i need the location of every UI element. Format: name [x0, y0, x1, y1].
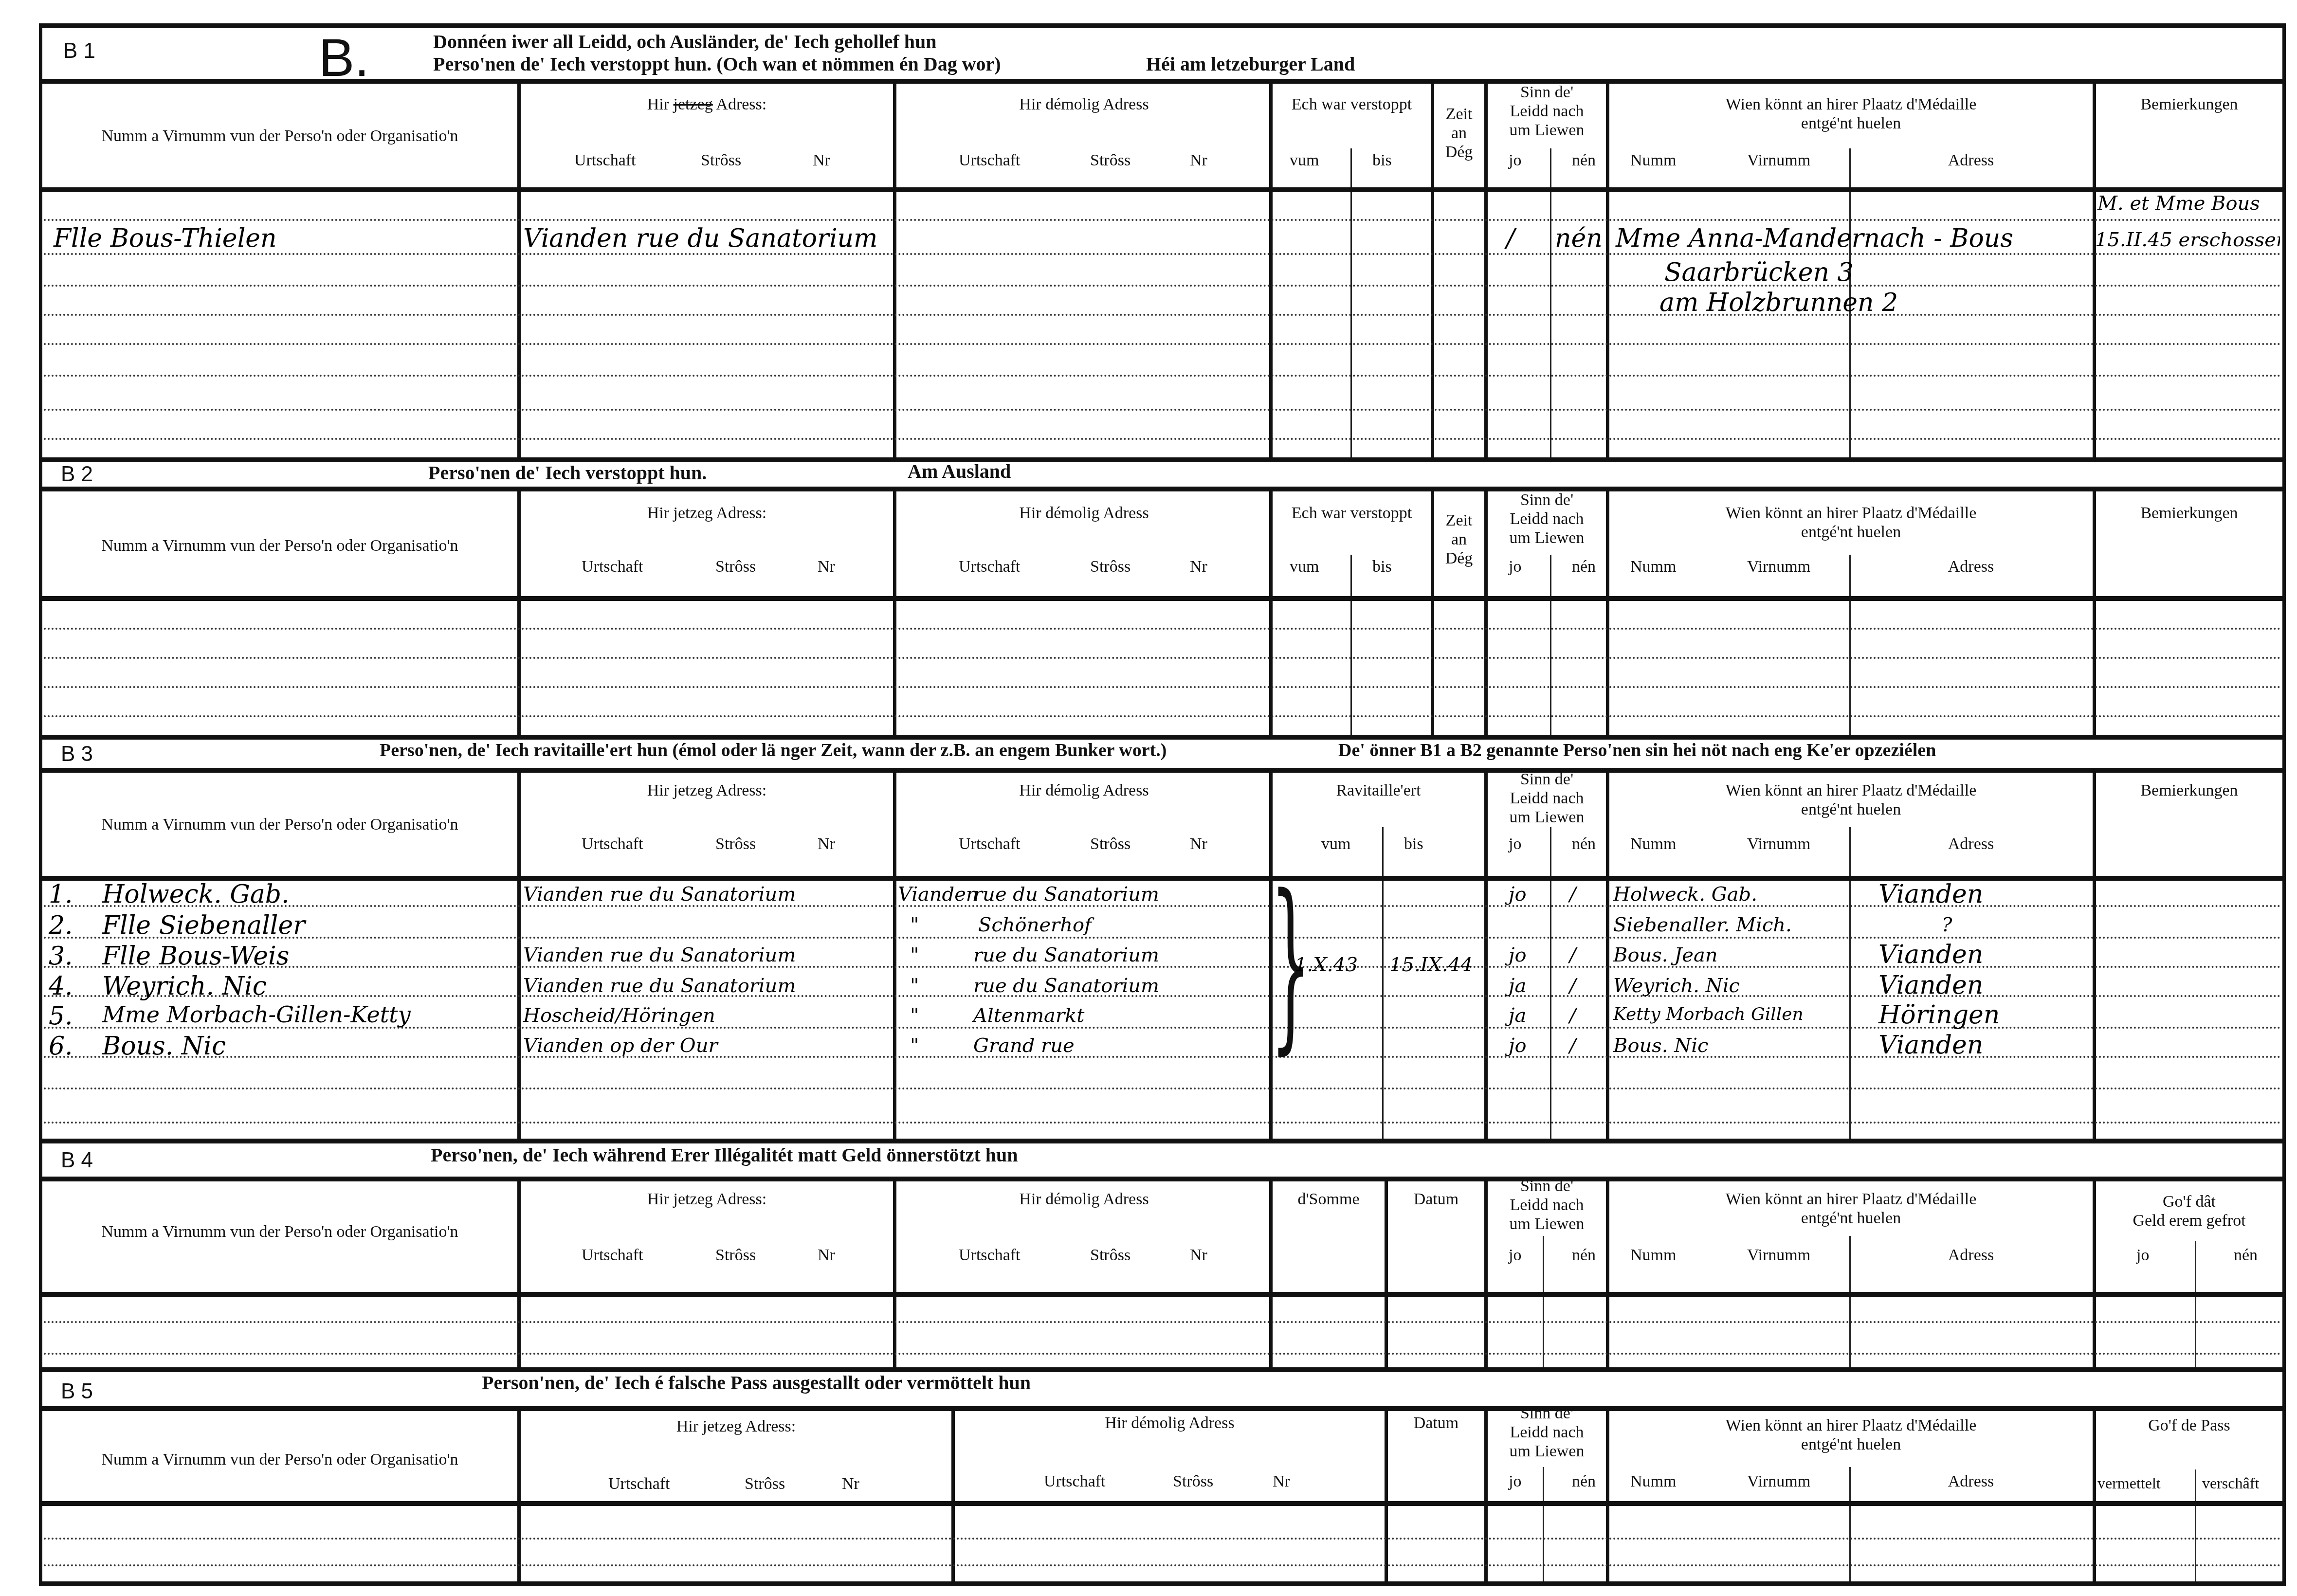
header-jo: jo [1509, 1472, 1521, 1491]
header-jo: jo [1509, 151, 1521, 170]
zeit-line: Dég [1435, 143, 1483, 162]
col-subdivider [1550, 148, 1551, 457]
section-title-suffix: Am Ausland [908, 460, 1011, 483]
row-number: 5. [49, 1001, 73, 1031]
col-divider [1484, 1180, 1488, 1367]
alive-line: um Liewen [1488, 1215, 1606, 1233]
alive-line: um Liewen [1488, 121, 1606, 140]
alive-line: Sinn de' [1488, 1177, 1606, 1196]
header-nr: Nr [1190, 1246, 1207, 1265]
header-alive: Sinn de' Leidd nach um Liewen [1488, 770, 1606, 827]
section-title: Perso'nen, de' Iech ravitaille'ert hun (… [380, 740, 1167, 761]
ruled-line [44, 409, 2282, 411]
row-nen[interactable]: / [1569, 944, 1576, 966]
header-current-address: Hir jetzeg Adress: [521, 95, 893, 114]
row-medal-name[interactable]: Ketty Morbach Gillen [1613, 1004, 1804, 1024]
form-title-line2: Perso'nen de' Iech verstoppt hun. (Och w… [433, 53, 1001, 75]
ruled-line [44, 253, 2282, 255]
header-former-address: Hir démolig Adress [898, 95, 1270, 114]
row-nen[interactable]: / [1569, 883, 1576, 906]
section-code: B 1 [63, 39, 95, 63]
b1-row-current-address[interactable]: Vianden rue du Sanatorium [523, 224, 877, 253]
ruled-line [44, 715, 2282, 717]
row-nen[interactable]: / [1569, 975, 1576, 997]
header-nr: Nr [818, 834, 835, 853]
header-stross: Strôss [1090, 834, 1130, 853]
col-divider [2093, 1180, 2096, 1367]
row-medal-address[interactable]: Vianden [1878, 971, 1983, 1000]
col-divider [517, 1180, 521, 1367]
b1-row-alive-nen[interactable]: nén [1555, 224, 1603, 253]
alive-line: Sinn de' [1488, 770, 1606, 789]
col-divider [893, 772, 896, 1139]
col-subdivider [1382, 827, 1384, 1139]
col-divider [2093, 82, 2096, 457]
col-divider [1484, 82, 1488, 457]
col-divider [1385, 1410, 1388, 1581]
header-vum: vum [1290, 557, 1319, 576]
row-former-stross[interactable]: rue du Sanatorium [973, 944, 1159, 966]
divider [39, 1177, 2286, 1181]
col-subdivider [1350, 555, 1352, 735]
col-divider [1484, 772, 1488, 1139]
header-stross: Strôss [1173, 1472, 1213, 1491]
col-divider [1606, 1410, 1609, 1581]
zeit-line: an [1435, 530, 1483, 549]
header-urtschaft: Urtschaft [582, 1246, 643, 1265]
ruled-line [44, 285, 2282, 287]
header-urtschaft: Urtschaft [959, 557, 1021, 576]
row-former-urtschaft[interactable]: " [910, 944, 919, 966]
row-medal-name[interactable]: Siebenaller. Mich. [1613, 914, 1792, 936]
header-alive: Sinn de' Leidd nach um Liewen [1488, 83, 1606, 140]
row-medal-address[interactable]: Vianden [1878, 1031, 1983, 1060]
header-jo: jo [1509, 834, 1521, 853]
form-title-suffix: Héi am letzeburger Land [1146, 53, 1355, 75]
header-alive: Sinn de' Leidd nach um Liewen [1488, 490, 1606, 547]
ruled-line [44, 375, 2282, 377]
header-nen: nén [1572, 1246, 1596, 1265]
header-former-address: Hir démolig Adress [898, 504, 1270, 523]
row-former-stross[interactable]: rue du Sanatorium [973, 975, 1159, 997]
header-hidden: Ech war verstoppt [1273, 95, 1431, 114]
divider [39, 487, 2286, 491]
col-divider [517, 1410, 521, 1581]
header-former-address: Hir démolig Adress [898, 781, 1270, 800]
header-bis: bis [1372, 151, 1392, 170]
header-remarks: Bemierkungen [2096, 781, 2282, 800]
col-divider [1269, 490, 1273, 735]
header-urtschaft: Urtschaft [582, 557, 643, 576]
header-alive: Sinn de' Leidd nach um Liewen [1488, 1177, 1606, 1233]
row-name[interactable]: Bous. Nic [102, 1032, 226, 1061]
header-virnumm: Virnumm [1747, 1472, 1810, 1491]
medal-line: Wien könnt an hirer Plaatz d'Médaille [1609, 781, 2093, 800]
header-nr: Nr [842, 1474, 859, 1493]
row-jo[interactable]: ja [1509, 975, 1526, 997]
header-supplied: Ravitaille'ert [1273, 781, 1484, 800]
ruled-line [44, 628, 2282, 630]
header-stross: Strôss [1090, 151, 1130, 170]
col-divider [517, 490, 521, 735]
header-nen: nén [2234, 1246, 2258, 1265]
header-numm: Numm [1630, 557, 1676, 576]
row-current-address[interactable]: Vianden rue du Sanatorium [523, 883, 796, 906]
ruled-line [44, 1353, 2282, 1355]
header-urtschaft: Urtschaft [1044, 1472, 1106, 1491]
row-name[interactable]: Holweck. Gab. [102, 880, 290, 909]
col-divider [1606, 490, 1609, 735]
row-former-urtschaft[interactable]: " [910, 1034, 919, 1057]
col-divider [1431, 82, 1434, 457]
header-numm: Numm [1630, 1246, 1676, 1265]
col-subdivider [1350, 148, 1352, 457]
zeit-line: Zeit [1435, 511, 1483, 530]
row-medal-name[interactable]: Bous. Nic [1613, 1034, 1708, 1057]
row-number: 2. [49, 911, 73, 940]
header-nr: Nr [1190, 557, 1207, 576]
header-jo: jo [1509, 557, 1521, 576]
header-stross: Strôss [715, 1246, 756, 1265]
col-divider [893, 82, 896, 457]
header-stross: Strôss [1090, 1246, 1130, 1265]
section-code: B 2 [61, 462, 93, 487]
header-jo: jo [1509, 1246, 1521, 1265]
row-current-address[interactable]: Vianden rue du Sanatorium [523, 975, 796, 997]
ruled-line [44, 1564, 2282, 1566]
header-bis: bis [1372, 557, 1392, 576]
header-virnumm: Virnumm [1747, 834, 1810, 853]
header-stross: Strôss [1090, 557, 1130, 576]
col-divider [2093, 490, 2096, 735]
divider [39, 79, 2286, 84]
col-divider [1484, 1410, 1488, 1581]
row-medal-name[interactable]: Holweck. Gab. [1613, 883, 1757, 906]
header-former-address: Hir démolig Adress [955, 1414, 1385, 1433]
header-nr: Nr [818, 1246, 835, 1265]
col-divider [1385, 1180, 1388, 1367]
header-medal: Wien könnt an hirer Plaatz d'Médaille en… [1609, 1416, 2093, 1454]
ruled-line [44, 343, 2282, 345]
row-number: 4. [49, 972, 73, 1001]
header-nen: nén [1572, 151, 1596, 170]
form-title-line1: Donnéen iwer all Leidd, och Ausländer, d… [433, 30, 937, 53]
alive-line: Leidd nach [1488, 789, 1606, 808]
row-medal-address[interactable]: Höringen [1878, 1000, 2000, 1030]
row-medal-address[interactable]: ? [1942, 914, 1952, 936]
ruled-line [44, 438, 2282, 440]
header-medal: Wien könnt an hirer Plaatz d'Médaille en… [1609, 504, 2093, 542]
header-stross: Strôss [745, 1474, 785, 1493]
medal-line: Wien könnt an hirer Plaatz d'Médaille [1609, 1416, 2093, 1435]
col-divider [1431, 490, 1434, 735]
header-hidden: Ech war verstoppt [1273, 504, 1431, 523]
alive-line: Leidd nach [1488, 509, 1606, 528]
section-title: Person'nen, de' Iech é falsche Pass ausg… [482, 1371, 1031, 1394]
b1-row-remarks[interactable]: M. et Mme Bous [2097, 192, 2260, 215]
header-nr: Nr [1190, 151, 1207, 170]
medal-line: Wien könnt an hirer Plaatz d'Médaille [1609, 95, 2093, 114]
divider [39, 1292, 2286, 1297]
ruled-line [44, 314, 2282, 316]
header-name: Numm a Virnumm vun der Perso'n oder Orga… [44, 1450, 516, 1469]
row-number: 6. [49, 1032, 73, 1061]
alive-line: Sinn de' [1488, 1404, 1606, 1423]
b1-row-medal-name[interactable]: Mme Anna-Mandernach - Bous [1616, 224, 2013, 253]
row-current-address[interactable]: Hoscheid/Höringen [523, 1004, 715, 1027]
section-title: Perso'nen de' Iech verstoppt hun. [428, 461, 707, 484]
col-subdivider [1550, 827, 1551, 1139]
row-former-urtschaft[interactable]: Vianden [898, 883, 979, 906]
ruled-line [44, 657, 2282, 659]
medal-line: entgé'nt huelen [1609, 1435, 2093, 1454]
alive-line: Leidd nach [1488, 1423, 1606, 1442]
col-subdivider [2195, 1241, 2196, 1367]
row-current-address[interactable]: Vianden rue du Sanatorium [523, 944, 796, 966]
header-mediated: vermettelt [2097, 1474, 2161, 1492]
col-subdivider [1550, 555, 1551, 735]
divider [39, 735, 2286, 740]
section-title-suffix: De' önner B1 a B2 genannte Perso'nen sin… [1338, 740, 1936, 761]
header-nr: Nr [818, 557, 835, 576]
alive-line: um Liewen [1488, 1442, 1606, 1461]
header-current-address: Hir jetzeg Adress: [521, 781, 893, 800]
frame-top-border [39, 23, 2286, 28]
col-subdivider [1849, 827, 1851, 1139]
ruled-line [44, 686, 2282, 688]
row-name[interactable]: Flle Siebenaller [102, 911, 305, 940]
alive-line: Leidd nach [1488, 1196, 1606, 1215]
header-alive: Sinn de' Leidd nach um Liewen [1488, 1404, 1606, 1461]
header-stross: Strôss [715, 557, 756, 576]
divider [39, 1501, 2286, 1506]
zeit-line: Zeit [1435, 105, 1483, 124]
ruled-line [44, 1321, 2282, 1323]
row-nen[interactable]: / [1569, 1034, 1576, 1057]
header-vum: vum [1290, 151, 1319, 170]
header-current-address: Hir jetzeg Adress: [521, 1190, 893, 1209]
money-line: Geld erem gefrot [2096, 1211, 2282, 1230]
row-current-address[interactable]: Vianden op der Our [523, 1034, 718, 1057]
header-urtschaft: Urtschaft [959, 151, 1021, 170]
header-nen: nén [1572, 1472, 1596, 1491]
row-medal-name[interactable]: Weyrich. Nic [1613, 975, 1740, 997]
divider [39, 596, 2286, 601]
col-divider [1269, 82, 1273, 457]
header-nr: Nr [1190, 834, 1207, 853]
col-divider [517, 82, 521, 457]
row-number: 3. [49, 942, 73, 971]
row-former-stross[interactable]: rue du Sanatorium [973, 883, 1159, 906]
alive-line: um Liewen [1488, 808, 1606, 827]
header-adress: Adress [1849, 1246, 2093, 1265]
header-medal: Wien könnt an hirer Plaatz d'Médaille en… [1609, 95, 2093, 133]
row-jo[interactable]: jo [1509, 1034, 1526, 1057]
header-urtschaft: Urtschaft [574, 151, 636, 170]
zeit-line: Dég [1435, 549, 1483, 568]
header-sum: d'Somme [1273, 1190, 1385, 1209]
col-divider [893, 1180, 896, 1367]
header-remarks: Bemierkungen [2096, 504, 2282, 523]
header-zeit: Zeit an Dég [1435, 105, 1483, 162]
col-subdivider [1849, 555, 1851, 735]
ruled-line [44, 1088, 2282, 1089]
header-adress: Adress [1849, 151, 2093, 170]
row-former-urtschaft[interactable]: " [910, 1004, 919, 1027]
header-name: Numm a Virnumm vun der Perso'n oder Orga… [44, 536, 516, 555]
header-provided: verschâft [2202, 1474, 2259, 1492]
header-zeit: Zeit an Dég [1435, 511, 1483, 568]
section-code: B 5 [61, 1379, 93, 1404]
struck-word: jetzeg [674, 95, 713, 113]
b1-row-medal-address[interactable]: Saarbrücken 3 [1664, 258, 1854, 287]
header-name: Numm a Virnumm vun der Perso'n oder Orga… [44, 127, 516, 145]
header-jo: jo [2136, 1246, 2149, 1265]
frame-right-border [2282, 23, 2286, 1585]
ruled-line [44, 1122, 2282, 1124]
b1-row-alive-jo[interactable]: / [1506, 224, 1515, 253]
header-urtschaft: Urtschaft [608, 1474, 670, 1493]
header-stross: Strôss [715, 834, 756, 853]
header-nr: Nr [1273, 1472, 1290, 1491]
alive-line: Sinn de' [1488, 490, 1606, 509]
frame-left-border [39, 23, 42, 1585]
header-date: Datum [1388, 1414, 1484, 1433]
header-virnumm: Virnumm [1747, 557, 1810, 576]
row-name[interactable]: Flle Bous-Weis [102, 942, 289, 971]
header-adress: Adress [1849, 557, 2093, 576]
header-adress: Adress [1849, 834, 2093, 853]
b1-row-medal-address[interactable]: am Holzbrunnen 2 [1659, 288, 1898, 317]
header-urtschaft: Urtschaft [959, 1246, 1021, 1265]
row-former-stross[interactable]: Altenmarkt [973, 1004, 1084, 1027]
col-divider [1484, 490, 1488, 735]
col-divider [2093, 772, 2096, 1139]
header-urtschaft: Urtschaft [959, 834, 1021, 853]
header-nen: nén [1572, 557, 1596, 576]
col-divider [517, 772, 521, 1139]
row-name[interactable]: Weyrich. Nic [102, 972, 267, 1001]
row-jo[interactable]: jo [1509, 883, 1526, 906]
row-name[interactable]: Mme Morbach-Gillen-Ketty [102, 1001, 411, 1028]
col-divider [1606, 772, 1609, 1139]
row-medal-address[interactable]: Vianden [1878, 880, 1983, 909]
header-nen: nén [1572, 834, 1596, 853]
divider [39, 187, 2286, 192]
b1-row-name[interactable]: Flle Bous-Thielen [54, 224, 277, 253]
col-divider [893, 490, 896, 735]
divider [39, 1406, 2286, 1411]
header-remarks: Bemierkungen [2096, 95, 2282, 114]
divider [39, 1367, 2286, 1372]
header-bis: bis [1404, 834, 1423, 853]
supplied-from[interactable]: 1.X.43 [1294, 954, 1358, 976]
header-numm: Numm [1630, 151, 1676, 170]
header-name: Numm a Virnumm vun der Perso'n oder Orga… [44, 815, 516, 834]
section-code: B 3 [61, 742, 93, 766]
col-divider [1606, 82, 1609, 457]
col-divider [2093, 1410, 2096, 1581]
row-medal-name[interactable]: Bous. Jean [1613, 944, 1718, 966]
header-name: Numm a Virnumm vun der Perso'n oder Orga… [44, 1222, 516, 1241]
ruled-line [44, 1538, 2282, 1540]
row-medal-address[interactable]: Vianden [1878, 940, 1983, 969]
row-former-urtschaft[interactable]: " [910, 975, 919, 997]
header-current-address: Hir jetzeg Adress: [521, 1417, 951, 1436]
row-former-stross[interactable]: Schönerhof [978, 914, 1092, 936]
header-numm: Numm [1630, 834, 1676, 853]
medal-line: entgé'nt huelen [1609, 1209, 2093, 1228]
header-urtschaft: Urtschaft [582, 834, 643, 853]
medal-line: entgé'nt huelen [1609, 114, 2093, 133]
zeit-line: an [1435, 124, 1483, 143]
b1-row-remarks[interactable]: 15.II.45 erschossen [2095, 229, 2280, 251]
header-medal: Wien könnt an hirer Plaatz d'Médaille en… [1609, 781, 2093, 819]
row-nen[interactable]: / [1569, 1004, 1576, 1027]
row-former-stross[interactable]: Grand rue [973, 1034, 1075, 1057]
col-divider [1606, 1180, 1609, 1367]
row-former-urtschaft[interactable]: " [910, 914, 919, 936]
header-date: Datum [1388, 1190, 1484, 1209]
alive-line: Sinn de' [1488, 83, 1606, 102]
row-jo[interactable]: jo [1509, 944, 1526, 966]
header-nr: Nr [813, 151, 830, 170]
medal-line: Wien könnt an hirer Plaatz d'Médaille [1609, 1190, 2093, 1209]
row-jo[interactable]: ja [1509, 1004, 1526, 1027]
divider [39, 457, 2286, 462]
medal-line: entgé'nt huelen [1609, 800, 2093, 819]
section-title: Perso'nen, de' Iech während Erer Illégal… [431, 1143, 1018, 1166]
ruled-line [44, 219, 2282, 221]
divider [39, 1139, 2286, 1143]
section-code: B 4 [61, 1148, 93, 1173]
medal-line: Wien könnt an hirer Plaatz d'Médaille [1609, 504, 2093, 523]
money-line: Go'f dât [2096, 1192, 2282, 1211]
medal-line: entgé'nt huelen [1609, 523, 2093, 542]
header-virnumm: Virnumm [1747, 151, 1810, 170]
supplied-to[interactable]: 15.IX.44 [1389, 954, 1473, 976]
header-numm: Numm [1630, 1472, 1676, 1491]
header-virnumm: Virnumm [1747, 1246, 1810, 1265]
header-money-returned: Go'f dât Geld erem gefrot [2096, 1192, 2282, 1230]
header-adress: Adress [1849, 1472, 2093, 1491]
header-pass-given: Go'f de Pass [2096, 1416, 2282, 1435]
divider [39, 768, 2286, 773]
header-vum: vum [1321, 834, 1350, 853]
header-medal: Wien könnt an hirer Plaatz d'Médaille en… [1609, 1190, 2093, 1228]
alive-line: um Liewen [1488, 528, 1606, 547]
header-former-address: Hir démolig Adress [898, 1190, 1270, 1209]
header-current-address: Hir jetzeg Adress: [521, 504, 893, 523]
row-number: 1. [49, 880, 73, 909]
col-subdivider [1543, 1236, 1544, 1367]
ruled-line [44, 937, 2282, 939]
header-stross: Strôss [701, 151, 741, 170]
col-divider [951, 1410, 955, 1581]
alive-line: Leidd nach [1488, 102, 1606, 121]
frame-bottom-border [39, 1581, 2286, 1586]
